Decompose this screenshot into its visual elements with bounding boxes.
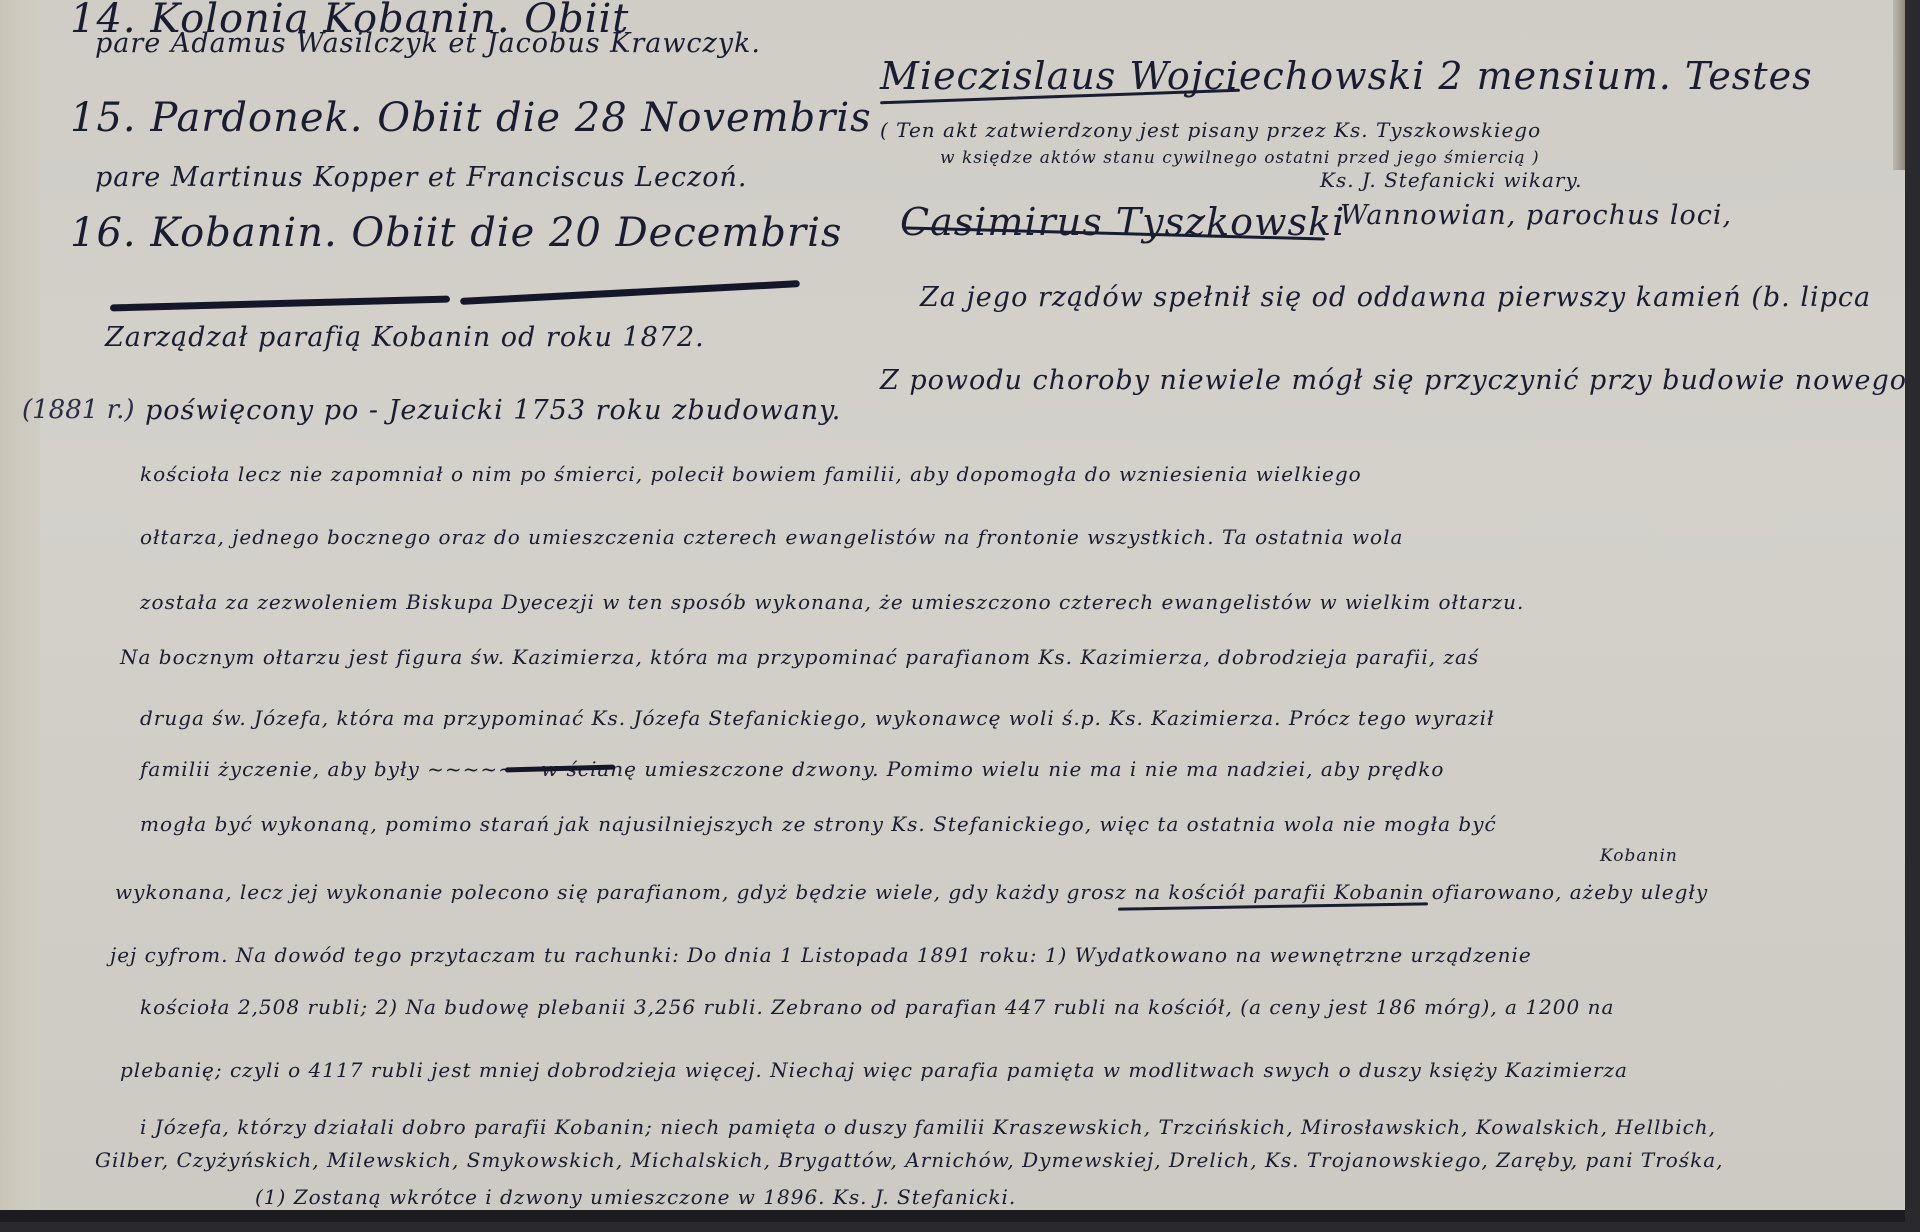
narrative-line: ołtarza, jednego bocznego oraz do umiesz… (140, 525, 1403, 549)
narrative-line: wykonana, lecz jej wykonanie polecono si… (115, 880, 1708, 904)
entry-16-line: 16. Kobanin. Obiit die 20 Decembris (70, 210, 842, 256)
page-edge (1893, 0, 1905, 170)
entry-15-note-line2: w księdze aktów stanu cywilnego ostatni … (940, 148, 1540, 168)
narrative-line: kościoła 2,508 rubli; 2) Na budowę pleba… (140, 995, 1614, 1019)
entry-14-witnesses: pare Adamus Wasilczyk et Jacobus Krawczy… (95, 28, 761, 59)
narrative-line: Za jego rządów spełnił się od oddawna pi… (920, 282, 1871, 313)
entry-15-name: Mieczislaus Wojciechowski 2 mensium. Tes… (880, 54, 1813, 98)
crossed-out-text (460, 280, 800, 305)
interlinear-insert: Kobanin (1600, 846, 1678, 866)
narrative-line: została za zezwoleniem Biskupa Dyecezji … (140, 590, 1524, 614)
footnote-signature-line: (1) Zostaną wkrótce i dzwony umieszczone… (255, 1185, 1016, 1209)
narrative-line: druga św. Józefa, która ma przypominać K… (140, 706, 1494, 730)
page-bottom-edge (0, 1210, 1905, 1222)
crossed-out-text (110, 296, 450, 312)
narrative-line: familii życzenie, aby były ~~~~~~ w ścia… (140, 757, 1444, 781)
narrative-line: plebanię; czyli o 4117 rubli jest mniej … (120, 1058, 1628, 1082)
entry-15-witnesses: pare Martinus Kopper et Franciscus Leczo… (95, 162, 748, 193)
entry-15-note-line1: ( Ten akt zatwierdzony jest pisany przez… (880, 118, 1541, 142)
entry-15-note-signature: Ks. J. Stefanicki wikary. (1320, 168, 1582, 192)
narrative-line: poświęcony po - Jezuicki 1753 roku zbudo… (145, 395, 841, 426)
narrative-line: Zarządzał parafią Kobanin od roku 1872. (105, 322, 705, 353)
margin-note: (1881 r.) (22, 395, 135, 425)
narrative-line: mogła być wykonaną, pomimo starań jak na… (140, 812, 1497, 836)
manuscript-page: 14. Kolonia Kobanin. Obiit pare Adamus W… (0, 0, 1905, 1222)
narrative-line: Na bocznym ołtarzu jest figura św. Kazim… (120, 645, 1479, 669)
narrative-line: Z powodu choroby niewiele mógł się przyc… (880, 365, 1905, 396)
entry-16-title: Wannowian, parochus loci, (1340, 200, 1732, 231)
narrative-line: i Józefa, którzy działali dobro parafii … (140, 1115, 1716, 1139)
entry-15-line: 15. Pardonek. Obiit die 28 Novembris (70, 95, 872, 141)
narrative-line: kościoła lecz nie zapomniał o nim po śmi… (140, 462, 1362, 486)
narrative-line: jej cyfrom. Na dowód tego przytaczam tu … (110, 943, 1532, 967)
narrative-line: Gilber, Czyżyńskich, Milewskich, Smykows… (95, 1148, 1723, 1172)
